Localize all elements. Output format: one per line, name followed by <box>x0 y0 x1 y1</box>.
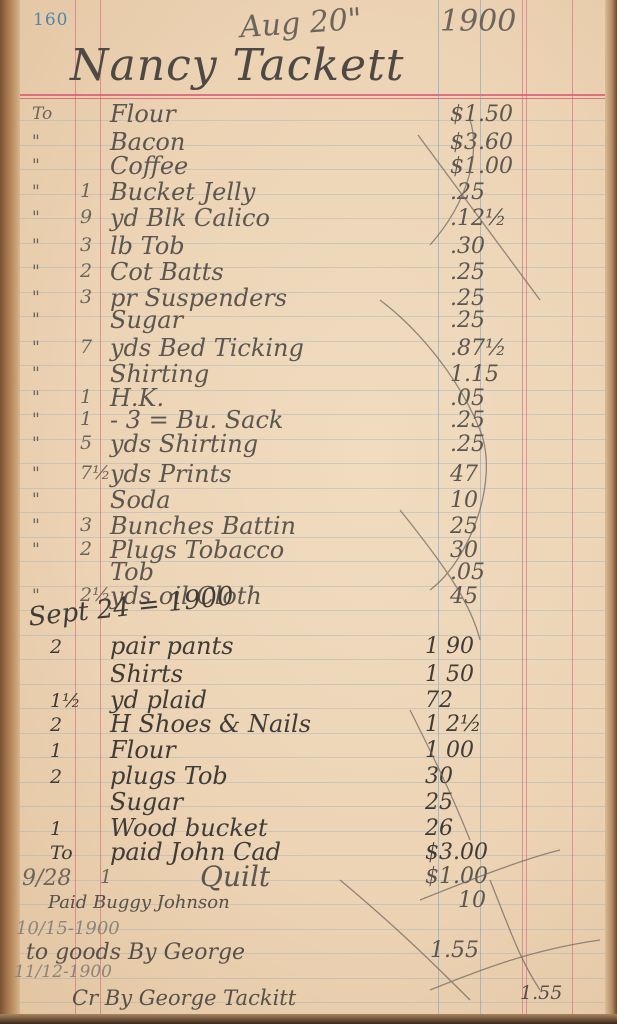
entry-description: Flour <box>110 736 176 764</box>
entry-amount: 72 <box>425 688 453 713</box>
quilt-qty: 1 <box>100 866 112 888</box>
entry-description: Coffee <box>110 152 188 180</box>
entry-description: Sugar <box>110 306 183 334</box>
entry-ditto-mark: " <box>32 156 40 176</box>
entry-amount: .12½ <box>450 206 506 231</box>
entry-ditto-mark: " <box>32 132 40 152</box>
margin-line-2 <box>100 0 101 1014</box>
entry-amount: .05 <box>450 560 485 585</box>
credit-desc: Cr By George Tackitt <box>72 986 296 1010</box>
entry-amount: $1.50 <box>450 102 513 127</box>
header-date: Aug 20" <box>239 2 363 45</box>
book-binding <box>0 0 20 1024</box>
credit-date: 11/12-1900 <box>14 962 112 982</box>
entry-quantity: 1 <box>80 180 92 202</box>
ledger-page: 160 Aug 20" 1900 Nancy Tackett ToFlour$1… <box>0 0 617 1024</box>
entry-quantity: 1 <box>50 740 62 762</box>
entry-ditto-mark: " <box>32 236 40 256</box>
entry-quantity: 7½ <box>80 462 111 484</box>
entry-amount: 30 <box>425 764 453 789</box>
credit-amount: 1.55 <box>520 982 562 1004</box>
quilt-desc: Quilt <box>200 860 270 893</box>
header-red-rule-2 <box>20 98 605 99</box>
ruled-line <box>20 831 605 832</box>
ruled-line <box>20 757 605 758</box>
ruled-line <box>20 243 605 244</box>
entry-ditto-mark: " <box>32 310 40 330</box>
ruled-line <box>20 855 605 856</box>
entry-quantity: 1½ <box>50 690 81 712</box>
entry-ditto-mark: To <box>32 104 52 124</box>
quilt-date: 9/28 <box>22 866 71 891</box>
ruled-line <box>20 537 605 538</box>
entry-ditto-mark: " <box>32 516 40 536</box>
entry-ditto-mark: " <box>32 364 40 384</box>
ruled-line <box>20 512 605 513</box>
entry-amount: .25 <box>450 408 485 433</box>
entry-amount: .25 <box>450 260 485 285</box>
ruled-line <box>20 659 605 660</box>
ruled-line <box>20 218 605 219</box>
entry-amount: 1 50 <box>425 662 474 687</box>
ruled-line <box>20 782 605 783</box>
entry-quantity: 2 <box>50 714 62 736</box>
entry-ditto-mark: " <box>32 490 40 510</box>
entry-amount: 47 <box>450 462 478 487</box>
entry-amount: .30 <box>450 234 485 259</box>
entry-ditto-mark: " <box>32 208 40 228</box>
entry-description: Cot Batts <box>110 258 224 286</box>
entry-description: yd Blk Calico <box>110 204 270 232</box>
entry-amount: .25 <box>450 308 485 333</box>
header-year: 1900 <box>440 4 516 39</box>
page-right-edge <box>605 0 617 1024</box>
ruled-line <box>20 488 605 489</box>
amount-column-line-2 <box>526 0 527 1014</box>
entry-description: H Shoes & Nails <box>110 710 311 738</box>
entry-quantity: To <box>50 842 73 864</box>
goods-date: 10/15-1900 <box>16 918 120 939</box>
entry-amount: $3.60 <box>450 130 513 155</box>
entry-amount: .25 <box>450 432 485 457</box>
entry-amount: 1 2½ <box>425 712 481 737</box>
entry-quantity: 1 <box>50 818 62 840</box>
entry-description: plugs Tob <box>110 762 228 790</box>
entry-quantity: 9 <box>80 206 92 228</box>
entry-ditto-mark: " <box>32 262 40 282</box>
entry-ditto-mark: " <box>32 388 40 408</box>
ruled-line <box>20 708 605 709</box>
entry-description: yds Bed Ticking <box>110 334 304 362</box>
entry-quantity: 7 <box>80 336 92 358</box>
entry-ditto-mark: " <box>32 338 40 358</box>
ruled-line <box>20 169 605 170</box>
margin-line-1 <box>75 0 76 1014</box>
ruled-line <box>20 341 605 342</box>
entry-quantity: 1 <box>80 408 92 430</box>
ruled-line <box>20 561 605 562</box>
entry-amount: 25 <box>425 790 453 815</box>
entry-amount: $3.00 <box>425 840 488 865</box>
entry-description: yds Prints <box>110 460 232 488</box>
ruled-line <box>20 145 605 146</box>
entry-description: Shirts <box>110 660 183 688</box>
entry-description: lb Tob <box>110 232 185 260</box>
entry-quantity: 3 <box>80 234 92 256</box>
goods-amount: 1.55 <box>430 938 479 963</box>
entry-amount: 25 <box>450 514 478 539</box>
page-bottom-edge <box>0 1014 617 1024</box>
entry-quantity: 3 <box>80 514 92 536</box>
entry-amount: 1.15 <box>450 362 499 387</box>
entry-quantity: 2 <box>80 538 92 560</box>
entry-ditto-mark: " <box>32 540 40 560</box>
ruled-line <box>20 684 605 685</box>
entry-amount: $1.00 <box>450 154 513 179</box>
entry-quantity: 2 <box>80 260 92 282</box>
entry-ditto-mark: " <box>32 288 40 308</box>
ruled-line <box>20 120 605 121</box>
entry-ditto-mark: " <box>32 434 40 454</box>
ruled-line <box>20 267 605 268</box>
page-number: 160 <box>33 10 68 30</box>
buggy-desc: Paid Buggy Johnson <box>48 892 230 913</box>
entry-description: Sugar <box>110 788 183 816</box>
ruled-line <box>20 365 605 366</box>
entry-description: pair pants <box>110 632 234 660</box>
entry-amount: .25 <box>450 180 485 205</box>
ruled-line <box>20 733 605 734</box>
ruled-line <box>20 414 605 415</box>
ruled-line <box>20 316 605 317</box>
entry-amount: 45 <box>450 584 478 609</box>
entry-quantity: 1 <box>80 386 92 408</box>
quilt-amount: $1.00 <box>425 864 488 889</box>
header-red-rule <box>20 94 605 96</box>
entry-amount: 10 <box>450 488 478 513</box>
right-margin-line <box>572 0 573 1014</box>
ruled-line <box>20 806 605 807</box>
ruled-line <box>20 635 605 636</box>
ruled-line <box>20 194 605 195</box>
ruled-line <box>20 390 605 391</box>
entry-quantity: 3 <box>80 286 92 308</box>
amount-column-line-1 <box>522 0 523 1014</box>
entry-quantity: 2 <box>50 636 62 658</box>
entry-ditto-mark: " <box>32 410 40 430</box>
buggy-amount: 10 <box>458 888 486 913</box>
entry-description: yds Shirting <box>110 430 258 458</box>
entry-amount: .87½ <box>450 336 506 361</box>
account-name: Nancy Tackett <box>70 40 404 91</box>
entry-amount: 1 00 <box>425 738 474 763</box>
entry-description: Bucket Jelly <box>110 178 255 206</box>
entry-amount: 1 90 <box>425 634 474 659</box>
entry-amount: 26 <box>425 816 453 841</box>
ruled-line <box>20 439 605 440</box>
entry-ditto-mark: " <box>32 182 40 202</box>
entry-description: Soda <box>110 486 171 514</box>
entry-quantity: 5 <box>80 432 92 454</box>
entry-quantity: 2 <box>50 766 62 788</box>
ruled-line <box>20 292 605 293</box>
entry-ditto-mark: " <box>32 464 40 484</box>
entry-description: Flour <box>110 100 176 128</box>
